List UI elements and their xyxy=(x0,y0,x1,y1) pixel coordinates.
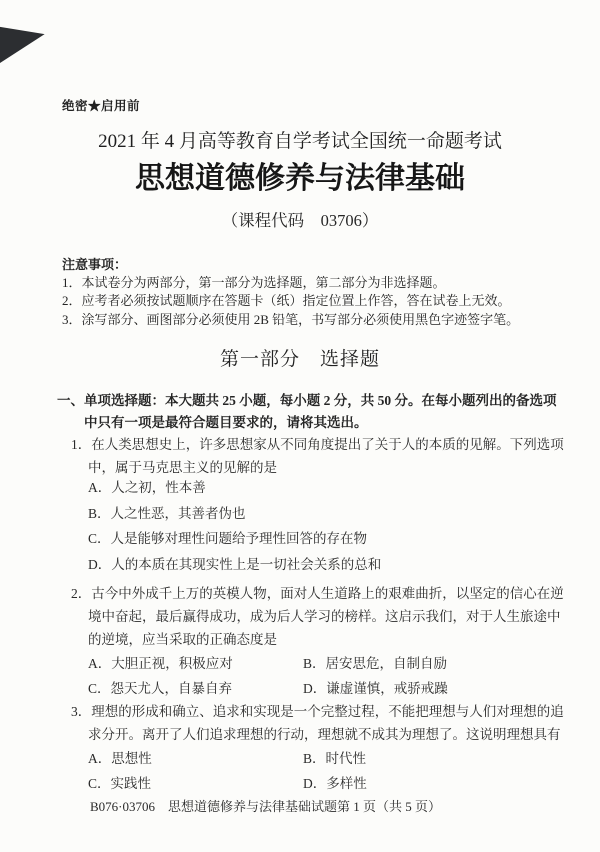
question-2-option-d: D．谦虚谨慎，戒骄戒躁 xyxy=(303,676,565,701)
option-label: A． xyxy=(88,656,111,671)
question-2-number: 2． xyxy=(71,586,91,601)
question-3-stem-text: 理想的形成和确立、追求和实现是一个完整过程，不能把理想与人们对理想的追求分开。离… xyxy=(88,704,564,742)
section-instruction: 一、单项选择题：本大题共 25 小题，每小题 2 分，共 50 分。在每小题列出… xyxy=(57,390,557,433)
option-label: D． xyxy=(303,681,326,696)
option-label: B． xyxy=(303,656,326,671)
notes-title: 注意事项： xyxy=(62,256,540,274)
option-label: D． xyxy=(303,776,326,791)
question-3-number: 3． xyxy=(71,704,91,719)
option-text: 人之初，性本善 xyxy=(111,480,206,495)
classification-label: 绝密★启用前 xyxy=(62,99,140,113)
course-code: （课程代码 03706） xyxy=(0,210,600,232)
option-text: 居安思危，自制自励 xyxy=(326,656,448,671)
option-text: 实践性 xyxy=(111,776,152,791)
question-1-stem-text: 在人类思想史上，许多思想家从不同角度提出了关于人的本质的见解。下列选项中，属于马… xyxy=(88,437,564,475)
section-title: 第一部分 选择题 xyxy=(0,348,600,372)
paper-title: 思想道德修养与法律基础 xyxy=(0,159,600,199)
question-1-stem: 1．在人类思想史上，许多思想家从不同角度提出了关于人的本质的见解。下列选项中，属… xyxy=(71,433,565,479)
page-footer: B076·03706 思想道德修养与法律基础试题第 1 页（共 5 页） xyxy=(90,799,441,815)
notes-section: 注意事项： 1．本试卷分为两部分，第一部分为选择题，第二部分为非选择题。 2．应… xyxy=(62,256,540,329)
question-3: 3．理想的形成和确立、追求和实现是一个完整过程，不能把理想与人们对理想的追求分开… xyxy=(71,700,565,796)
question-2-stem: 2．古今中外成千上万的英模人物，面对人生道路上的艰难曲折，以坚定的信心在逆境中奋… xyxy=(71,582,565,651)
option-label: D． xyxy=(88,557,111,572)
question-1-number: 1． xyxy=(71,437,91,452)
question-2-option-c: C．怨天尤人，自暴自弃 xyxy=(88,676,303,701)
question-2-option-b: B．居安思危，自制自励 xyxy=(303,651,565,676)
option-label: A． xyxy=(88,751,111,766)
question-2: 2．古今中外成千上万的英模人物，面对人生道路上的艰难曲折，以坚定的信心在逆境中奋… xyxy=(71,582,565,701)
question-1-options: A．人之初，性本善 B．人之性恶，其善者伪也 C．人是能够对理性问题给予理性回答… xyxy=(88,475,565,577)
option-label: B． xyxy=(88,506,111,521)
option-text: 思想性 xyxy=(111,751,152,766)
question-2-option-a: A．大胆正视，积极应对 xyxy=(88,651,303,676)
question-3-option-d: D．多样性 xyxy=(303,771,565,796)
question-3-options: A．思想性 B．时代性 C．实践性 D．多样性 xyxy=(88,746,565,796)
option-text: 人的本质在其现实性上是一切社会关系的总和 xyxy=(111,557,381,572)
option-text: 时代性 xyxy=(326,751,367,766)
option-text: 谦虚谨慎，戒骄戒躁 xyxy=(326,681,448,696)
question-3-option-a: A．思想性 xyxy=(88,746,303,771)
question-2-options: A．大胆正视，积极应对 B．居安思危，自制自励 C．怨天尤人，自暴自弃 D．谦虚… xyxy=(88,651,565,701)
option-label: C． xyxy=(88,531,111,546)
option-text: 大胆正视，积极应对 xyxy=(111,656,233,671)
question-1-option-d: D．人的本质在其现实性上是一切社会关系的总和 xyxy=(88,552,565,578)
option-label: C． xyxy=(88,776,111,791)
option-label: C． xyxy=(88,681,111,696)
note-item-2: 2．应考者必须按试题顺序在答题卡（纸）指定位置上作答，答在试卷上无效。 xyxy=(62,292,540,310)
question-1: 1．在人类思想史上，许多思想家从不同角度提出了关于人的本质的见解。下列选项中，属… xyxy=(71,433,565,577)
exam-session-title: 2021 年 4 月高等教育自学考试全国统一命题考试 xyxy=(0,130,600,154)
note-item-3: 3．涂写部分、画图部分必须使用 2B 铅笔，书写部分必须使用黑色字迹签字笔。 xyxy=(62,311,540,329)
option-text: 人是能够对理性问题给予理性回答的存在物 xyxy=(111,531,368,546)
option-label: A． xyxy=(88,480,111,495)
option-text: 人之性恶，其善者伪也 xyxy=(111,506,246,521)
question-1-option-a: A．人之初，性本善 xyxy=(88,475,565,501)
option-label: B． xyxy=(303,751,326,766)
exam-paper-page: 绝密★启用前 2021 年 4 月高等教育自学考试全国统一命题考试 思想道德修养… xyxy=(0,0,600,852)
option-text: 多样性 xyxy=(326,776,367,791)
question-3-option-c: C．实践性 xyxy=(88,771,303,796)
question-1-option-c: C．人是能够对理性问题给予理性回答的存在物 xyxy=(88,526,565,552)
scan-fold-artifact-icon xyxy=(0,25,48,63)
question-1-option-b: B．人之性恶，其善者伪也 xyxy=(88,501,565,527)
question-3-stem: 3．理想的形成和确立、追求和实现是一个完整过程，不能把理想与人们对理想的追求分开… xyxy=(71,700,565,746)
question-3-option-b: B．时代性 xyxy=(303,746,565,771)
option-text: 怨天尤人，自暴自弃 xyxy=(111,681,233,696)
note-item-1: 1．本试卷分为两部分，第一部分为选择题，第二部分为非选择题。 xyxy=(62,274,540,292)
question-2-stem-text: 古今中外成千上万的英模人物，面对人生道路上的艰难曲折，以坚定的信心在逆境中奋起，… xyxy=(88,586,564,647)
